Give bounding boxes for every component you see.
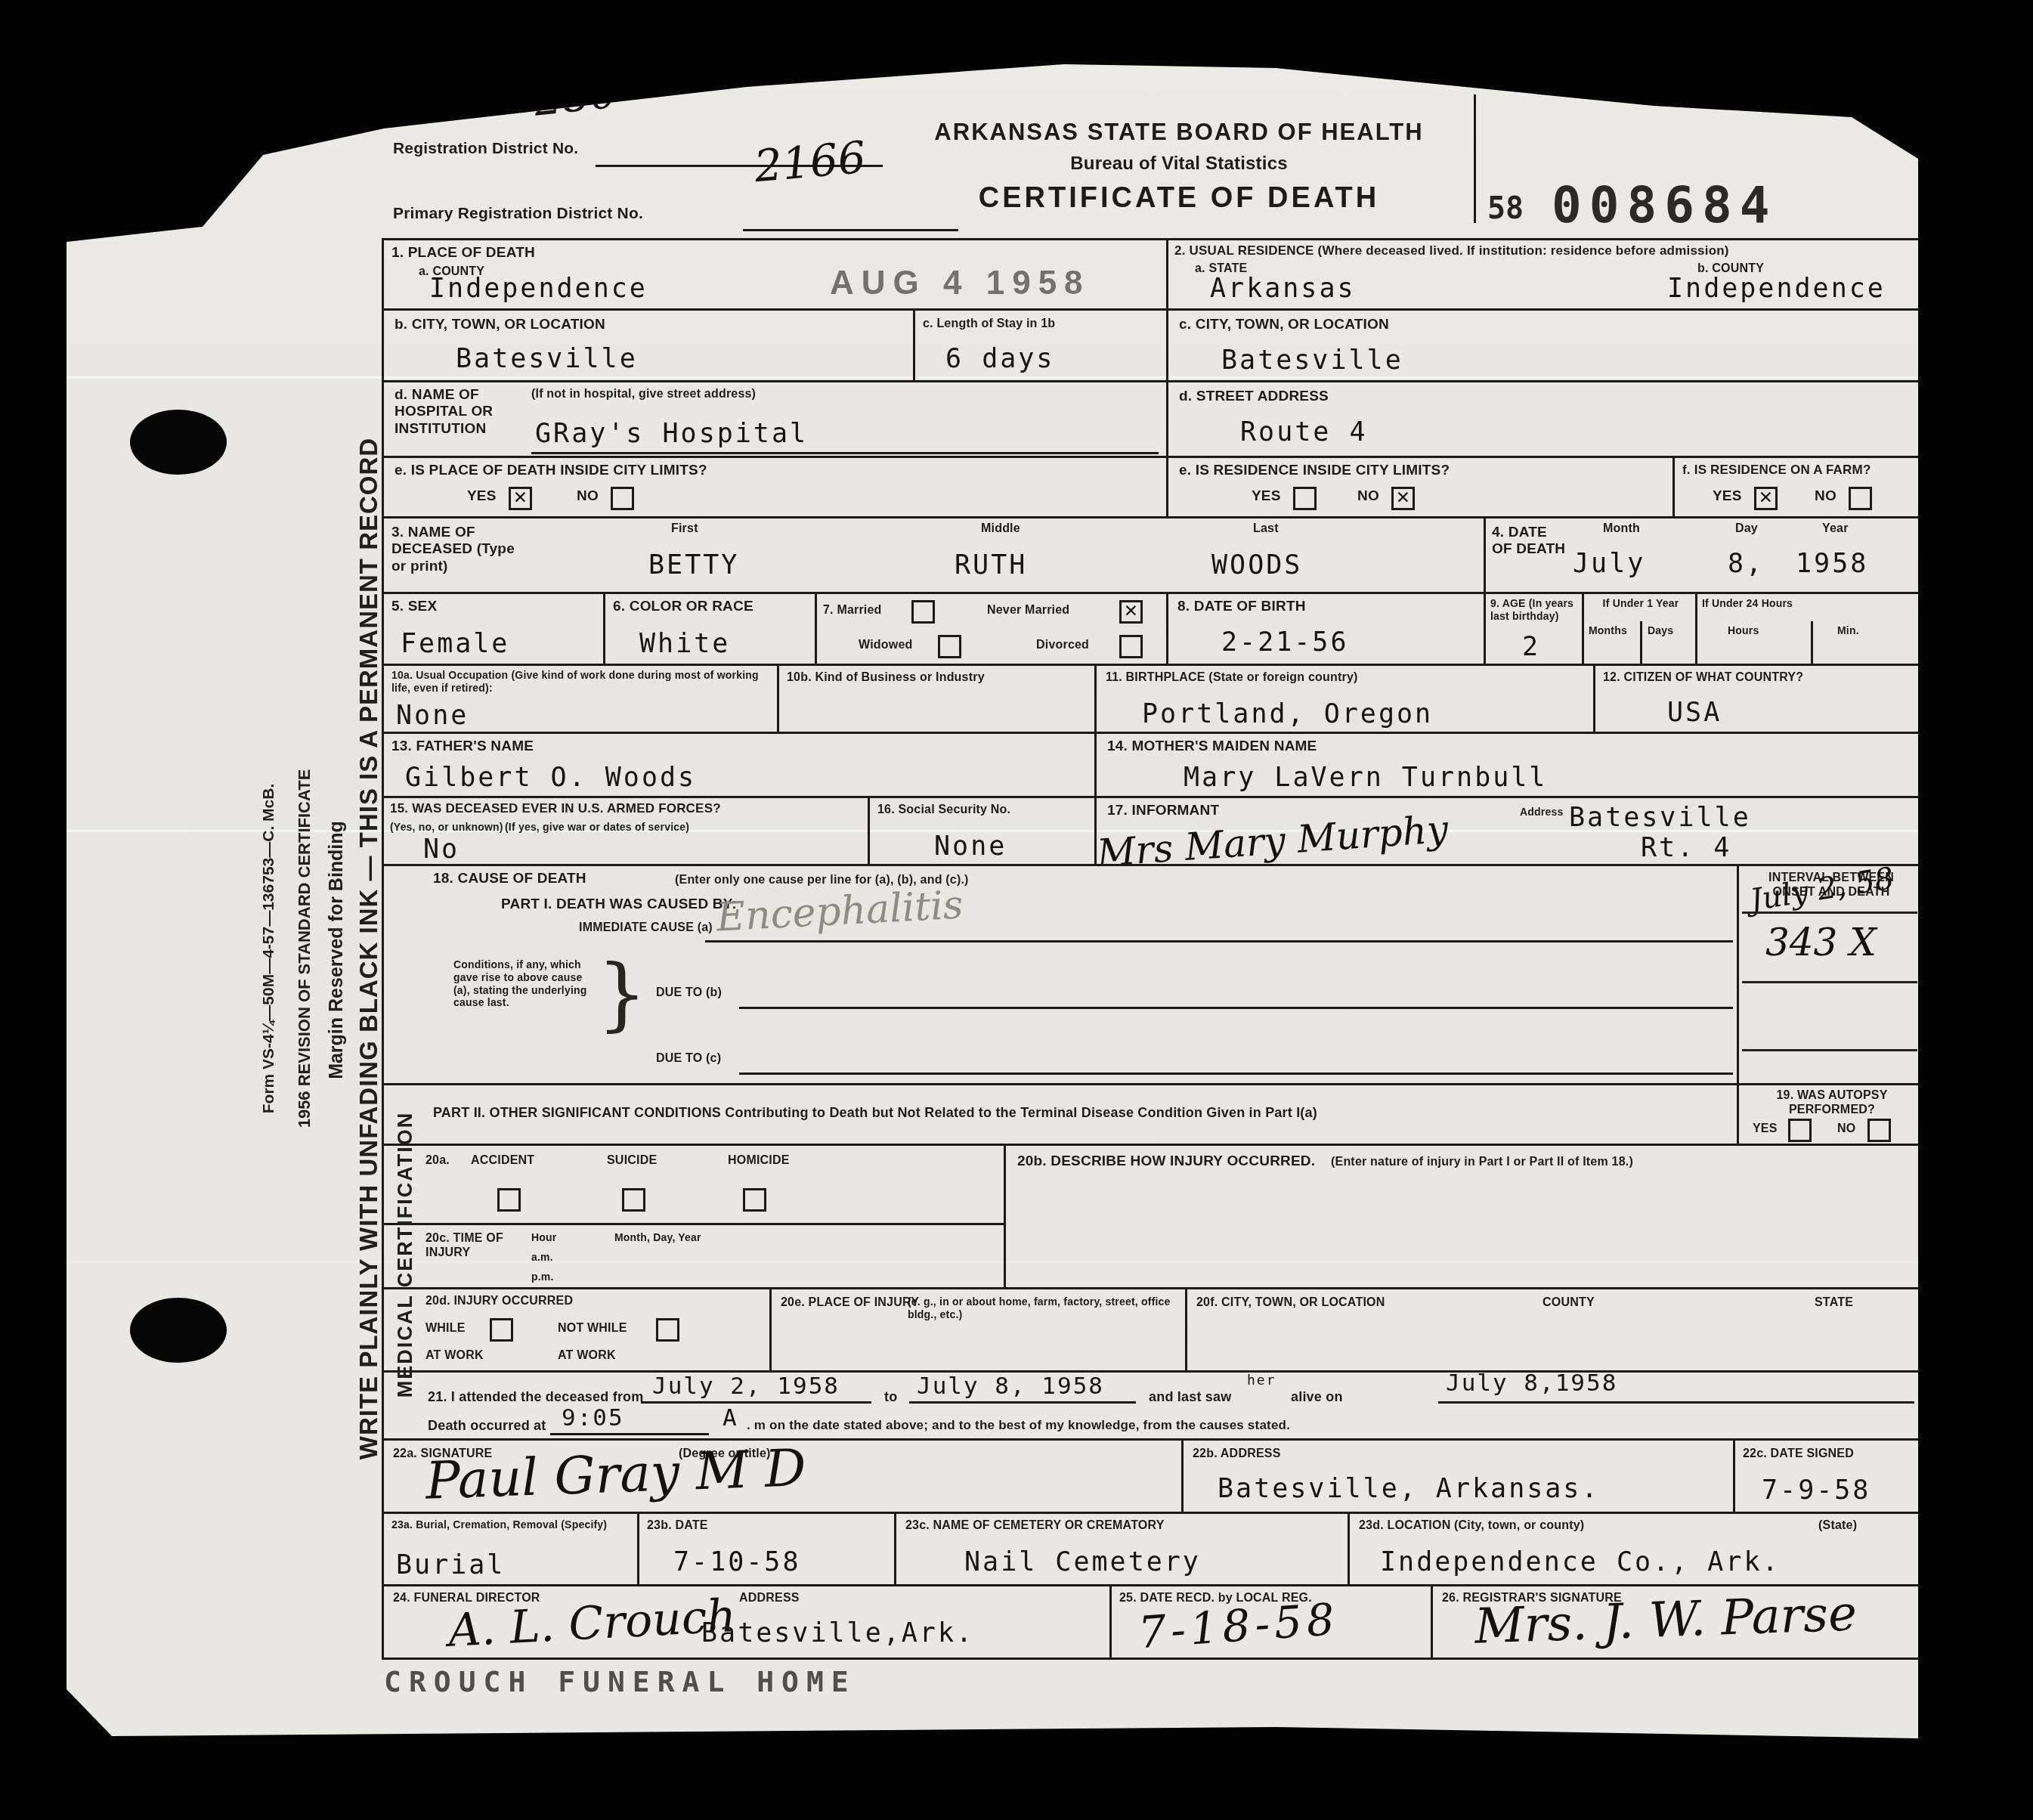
immediate-cause-line [705,940,1733,942]
deceased-first-value: BETTY [648,550,739,580]
funeral-director-address: Batesville,Ark. [701,1618,974,1648]
physician-address-label: 22b. ADDRESS [1193,1447,1281,1461]
certificate-number: 008684 [1552,176,1777,234]
margin-revision-note: 1956 REVISION OF STANDARD CERTIFICATE [295,769,314,1128]
certificate-paper: Form VS-4¼—50M—4-57—136753—C. McB. 1956 … [67,64,1918,1738]
due-to-c-line [739,1072,1733,1075]
field-cemetery-name: 23c. NAME OF CEMETERY OR CREMATORY Nail … [894,1512,1348,1584]
cause-of-death-title: 18. CAUSE OF DEATH [433,871,586,887]
cemetery-location-value: Independence Co., Ark. [1380,1547,1781,1577]
field-place-of-injury: 20e. PLACE OF INJURY (e. g., in or about… [769,1287,1185,1370]
residence-limits-label: e. IS RESIDENCE INSIDE CITY LIMITS? [1179,463,1450,479]
punch-hole-top [130,410,227,475]
residence-city-label: c. CITY, TOWN, OR LOCATION [1179,317,1389,333]
days-label: Days [1648,624,1673,637]
registration-district-value: 280 [531,66,620,125]
father-name-value: Gilbert O. Woods [405,763,696,793]
date-signed-label: 22c. DATE SIGNED [1743,1447,1854,1461]
hospital-value: GRay's Hospital [535,419,808,449]
hour-label: Hour [531,1231,556,1244]
residence-limits-yes-label: YES [1252,488,1281,505]
residence-farm-no-checkbox [1849,487,1872,510]
divorced-checkbox [1119,635,1143,658]
occupation-label: 10a. Usual Occupation (Give kind of work… [391,669,769,695]
field-birthplace: 11. BIRTHPLACE (State or foreign country… [1094,664,1593,732]
death-day-label: Day [1735,522,1758,536]
field-usual-residence: 2. USUAL RESIDENCE (Where deceased lived… [1166,240,1920,308]
field-burial-type: 23a. Burial, Cremation, Removal (Specify… [384,1512,637,1584]
field-age: 9. AGE (In years last birthday) 2 [1484,592,1582,664]
field-mother-maiden-name: 14. MOTHER'S MAIDEN NAME Mary LaVern Tur… [1094,732,1920,796]
conditions-note: Conditions, if any, which gave rise to a… [453,958,593,1009]
immediate-cause-label: IMMEDIATE CAUSE (a) [579,921,713,935]
deceased-middle-value: RUTH [955,550,1027,580]
not-while-label: NOT WHILE [558,1321,627,1336]
never-married-checkbox: ✕ [1119,600,1143,624]
field-social-security: 16. Social Security No. None [868,796,1094,864]
cemetery-state-note: (State) [1818,1518,1857,1533]
death-time-line [550,1433,709,1435]
ssn-value: None [934,831,1007,862]
am-label: a.m. [531,1251,553,1264]
residence-limits-no-label: NO [1357,488,1379,505]
birthplace-value: Portland, Oregon [1142,699,1433,729]
death-limits-yes-label: YES [467,488,497,505]
field-date-signed: 22c. DATE SIGNED 7-9-58 [1733,1438,1920,1512]
death-year-label: Year [1822,522,1849,536]
autopsy-yes-label: YES [1753,1122,1778,1136]
part2-label: PART II. OTHER SIGNIFICANT CONDITIONS Co… [433,1105,1725,1121]
residence-title: 2. USUAL RESIDENCE (Where deceased lived… [1174,243,1919,258]
race-label: 6. COLOR OR RACE [613,599,753,615]
birth-date-value: 2-21-56 [1221,627,1349,658]
hospital-note: (If not in hospital, give street address… [531,387,756,401]
registration-district-label: Registration District No. [393,140,578,159]
at-work-label2: AT WORK [558,1348,616,1363]
burial-date-label: 23b. DATE [647,1518,708,1533]
punch-hole-bottom [130,1298,227,1363]
physician-address-value: Batesville, Arkansas. [1218,1474,1600,1504]
informant-address-line1: Batesville [1569,803,1751,833]
deceased-last-value: WOODS [1211,550,1302,580]
place-city-label: b. CITY, TOWN, OR LOCATION [395,317,605,333]
divorced-label: Divorced [1036,638,1089,652]
armed-forces-note2: (If yes, give war or dates of service) [505,821,689,834]
deceased-middle-label: Middle [981,522,1020,536]
field-age-under-1-year: If Under 1 Year Months Days [1582,592,1695,664]
field-part2-conditions: PART II. OTHER SIGNIFICANT CONDITIONS Co… [384,1083,1737,1144]
certificate-year: 58 [1487,191,1524,226]
sex-label: 5. SEX [391,599,437,615]
widowed-checkbox [938,635,961,658]
armed-forces-label: 15. WAS DECEASED EVER IN U.S. ARMED FORC… [390,801,721,816]
primary-district-line [743,229,958,231]
margin-binding-note: Margin Reserved for Binding [326,821,348,1079]
injury-city-label: 20f. CITY, TOWN, OR LOCATION [1196,1295,1385,1310]
while-at-work-checkbox [490,1318,513,1342]
not-while-at-work-checkbox [656,1318,679,1342]
interval-line1 [1742,912,1917,914]
armed-forces-note1: (Yes, no, or unknown) [390,821,503,834]
mother-maiden-label: 14. MOTHER'S MAIDEN NAME [1107,738,1317,755]
street-address-value: Route 4 [1240,417,1368,447]
residence-farm-yes-label: YES [1713,488,1742,505]
due-to-b-line [739,1007,1733,1009]
deceased-first-label: First [671,522,698,536]
field-informant: 17. INFORMANT Mrs Mary Murphy Address Ba… [1094,796,1920,864]
business-industry-label: 10b. Kind of Business or Industry [787,670,1089,685]
residence-farm-no-label: NO [1815,488,1837,505]
interval-line2 [1742,981,1917,983]
birth-date-label: 8. DATE OF BIRTH [1177,599,1306,615]
margin-permanent-record-note: WRITE PLAINLY WITH UNFADING BLACK INK — … [354,438,383,1459]
death-year-value: 1958 [1796,549,1868,579]
her-annotation: her [1247,1373,1276,1388]
field-physician-address: 22b. ADDRESS Batesville, Arkansas. [1181,1438,1733,1512]
physician-signature-value: Paul Gray M D [425,1438,807,1512]
field-place-city: b. CITY, TOWN, OR LOCATION Batesville [384,308,913,380]
injury-occurred-label: 20d. INJURY OCCURRED [425,1294,573,1308]
funeral-address-label: ADDRESS [739,1591,800,1605]
immediate-cause-value: Encephalitis [716,882,964,940]
min-label: Min. [1837,624,1859,637]
hours-min-divider [1811,621,1813,666]
received-date-stamp: AUG 4 1958 [830,265,1091,302]
mother-maiden-value: Mary LaVern Turnbull [1184,763,1547,793]
occupation-value: None [396,701,469,731]
field-sex: 5. SEX Female [384,592,603,664]
autopsy-no-checkbox [1867,1119,1891,1142]
homicide-checkbox [743,1188,766,1212]
under-1-year-label: If Under 1 Year [1587,597,1694,610]
alive-on-label: alive on [1291,1389,1343,1405]
residence-farm-yes-checkbox: ✕ [1754,487,1778,510]
burial-date-value: 7-10-58 [673,1547,801,1577]
citizen-label: 12. CITIZEN OF WHAT COUNTRY? [1603,670,1803,685]
residence-farm-label: f. IS RESIDENCE ON A FARM? [1682,463,1871,478]
board-of-health-title: ARKANSAS STATE BOARD OF HEALTH [914,119,1444,147]
field-registrar-signature: 26. REGISTRAR'S SIGNATURE Mrs. J. W. Par… [1431,1584,1920,1657]
field-residence-city-limits: e. IS RESIDENCE INSIDE CITY LIMITS? YES … [1166,456,1673,516]
field-interval-onset-death: INTERVAL BETWEEN ONSET AND DEATH July 2,… [1737,864,1920,1083]
hospital-label: d. NAME OF HOSPITAL OR INSTITUTION [395,387,519,438]
father-name-label: 13. FATHER'S NAME [391,738,534,755]
race-value: White [639,629,730,659]
death-month-value: July [1573,549,1645,579]
suicide-checkbox [622,1188,645,1212]
certificate-form: 1. PLACE OF DEATH a. COUNTY Independence… [382,238,1920,1660]
margin-form-code: Form VS-4¼—50M—4-57—136753—C. McB. [260,784,278,1114]
place-of-death-title: 1. PLACE OF DEATH [391,245,535,262]
armed-forces-value: No [423,834,460,865]
deceased-name-title: 3. NAME OF DECEASED (Type or print) [391,525,524,575]
field-injury-city: 20f. CITY, TOWN, OR LOCATION COUNTY STAT… [1185,1287,1920,1370]
header-divider [1474,94,1476,223]
month-day-year-label: Month, Day, Year [614,1231,701,1244]
field-date-of-birth: 8. DATE OF BIRTH 2-21-56 [1166,592,1484,664]
field-death-city-limits: e. IS PLACE OF DEATH INSIDE CITY LIMITS?… [384,456,1166,516]
death-limits-yes-checkbox: ✕ [509,487,532,510]
attended-from-value: July 2, 1958 [652,1373,840,1400]
field-armed-forces: 15. WAS DECEASED EVER IN U.S. ARMED FORC… [384,796,868,864]
never-married-label: Never Married [987,603,1069,617]
interval-value: July 2, 58 [1748,861,1897,918]
death-day-value: 8, [1728,549,1764,579]
under-24-hours-label: If Under 24 Hours [1702,597,1918,610]
field-physician-signature: 22a. SIGNATURE (Degree or title) Paul Gr… [384,1438,1181,1512]
autopsy-yes-checkbox [1788,1119,1812,1142]
residence-county-value: Independence [1667,274,1886,304]
field-funeral-director: 24. FUNERAL DIRECTOR ADDRESS A. L. Crouc… [384,1584,1109,1657]
residence-limits-no-checkbox: ✕ [1391,487,1415,510]
informant-address-label: Address [1520,806,1563,819]
street-address-label: d. STREET ADDRESS [1179,388,1329,405]
birthplace-label: 11. BIRTHPLACE (State or foreign country… [1106,670,1358,685]
interval-code-value: 343 X [1765,921,1877,964]
field-occupation: 10a. Usual Occupation (Give kind of work… [384,664,777,732]
field-business-industry: 10b. Kind of Business or Industry [777,664,1094,732]
residence-city-value: Batesville [1221,345,1403,376]
field-cemetery-location: 23d. LOCATION (City, town, or county) (S… [1348,1512,1920,1584]
certificate-title: CERTIFICATE OF DEATH [914,181,1444,215]
scan-background: Form VS-4¼—50M—4-57—136753—C. McB. 1956 … [0,0,2033,1820]
field-citizen: 12. CITIZEN OF WHAT COUNTRY? USA [1593,664,1920,732]
at-work-label: AT WORK [425,1348,484,1363]
field-residence-farm: f. IS RESIDENCE ON A FARM? YES ✕ NO [1673,456,1920,516]
injury-county-label: COUNTY [1543,1295,1595,1310]
attended-from-line [641,1401,871,1404]
describe-injury-label: 20b. DESCRIBE HOW INJURY OCCURRED. [1017,1153,1315,1170]
item-20a-label: 20a. [425,1153,450,1168]
informant-address-line2: Rt. 4 [1641,833,1731,863]
date-signed-value: 7-9-58 [1762,1475,1871,1506]
death-limits-no-label: NO [577,488,599,505]
death-city-limits-label: e. IS PLACE OF DEATH INSIDE CITY LIMITS? [395,463,707,479]
interval-line3 [1742,1049,1917,1051]
field-accident-suicide-homicide: 20a. ACCIDENT SUICIDE HOMICIDE [384,1144,1004,1223]
field-place-of-death: 1. PLACE OF DEATH a. COUNTY Independence… [384,240,1166,308]
homicide-label: HOMICIDE [728,1153,790,1168]
hospital-line [531,452,1159,454]
time-of-injury-label: 20c. TIME OF INJURY [425,1231,516,1260]
field-hospital: d. NAME OF HOSPITAL OR INSTITUTION (If n… [384,380,1166,456]
months-label: Months [1589,624,1627,637]
autopsy-label: 19. WAS AUTOPSY PERFORMED? [1753,1088,1911,1117]
accident-label: ACCIDENT [471,1153,534,1168]
suicide-label: SUICIDE [607,1153,657,1168]
primary-district-value: 2166 [752,132,868,193]
place-of-injury-note: (e. g., in or about home, farm, factory,… [908,1295,1176,1321]
injury-state-label: STATE [1815,1295,1853,1310]
ssn-label: 16. Social Security No. [877,803,1010,817]
place-of-injury-label: 20e. PLACE OF INJURY [781,1295,919,1310]
due-to-b-label: DUE TO (b) [656,986,722,1000]
field-marital-status: 7. Married Never Married ✕ Widowed Divor… [815,592,1166,664]
field-autopsy: 19. WAS AUTOPSY PERFORMED? YES NO [1737,1083,1920,1144]
place-county-value: Independence [429,274,648,304]
date-of-death-title: 4. DATE OF DEATH [1492,525,1571,559]
death-limits-no-checkbox [611,487,634,510]
field-injury-occurred: 20d. INJURY OCCURRED WHILE NOT WHILE AT … [384,1287,769,1370]
primary-district-label: Primary Registration District No. [393,205,643,224]
widowed-label: Widowed [859,638,912,652]
place-city-value: Batesville [456,344,638,374]
field-time-of-injury: 20c. TIME OF INJURY Hour a.m. p.m. Month… [384,1223,1004,1287]
married-label: 7. Married [823,603,882,617]
cemetery-name-value: Nail Cemetery [964,1547,1201,1577]
citizen-value: USA [1667,698,1722,728]
death-occurred-label: Death occurred at [428,1418,546,1434]
months-days-divider [1640,621,1642,666]
field-length-of-stay: c. Length of Stay in 1b 6 days [913,308,1166,380]
field-burial-date: 23b. DATE 7-10-58 [637,1512,894,1584]
attended-prefix: 21. I attended the deceased from [428,1389,644,1405]
death-time-value: 9:05 [562,1404,624,1432]
field-cause-of-death: 18. CAUSE OF DEATH (Enter only one cause… [384,864,1737,1083]
last-saw-label: and last saw [1149,1389,1231,1405]
married-checkbox [911,600,935,624]
age-label: 9. AGE (In years last birthday) [1490,597,1580,623]
burial-type-value: Burial [396,1550,505,1580]
due-to-c-label: DUE TO (c) [656,1051,721,1066]
death-am-value: A [723,1404,738,1432]
last-alive-value: July 8,1958 [1446,1370,1617,1397]
describe-injury-note: (Enter nature of injury in Part I or Par… [1331,1155,1633,1169]
hours-label: Hours [1728,624,1759,637]
part1-label: PART I. DEATH WAS CAUSED BY: [501,896,737,913]
margin-medical-certification-label: MEDICAL CERTIFICATION [394,1112,417,1398]
conditions-brace: } [597,948,647,1040]
field-date-of-death: 4. DATE OF DEATH Month Day Year July 8, … [1484,516,1920,592]
length-of-stay-label: c. Length of Stay in 1b [923,317,1055,331]
field-name-of-deceased: 3. NAME OF DECEASED (Type or print) Firs… [384,516,1484,592]
field-age-under-24-hours: If Under 24 Hours Hours Min. [1695,592,1920,664]
attended-to-value: July 8, 1958 [917,1373,1104,1400]
attended-to-word: to [884,1389,897,1405]
cemetery-location-label: 23d. LOCATION (City, town, or county) [1359,1518,1584,1533]
field-date-received: 25. DATE RECD. by LOCAL REG. 7-18-58 [1109,1584,1431,1657]
field-describe-injury: 20b. DESCRIBE HOW INJURY OCCURRED. (Ente… [1004,1144,1920,1287]
length-of-stay-value: 6 days [945,344,1054,374]
autopsy-no-label: NO [1837,1122,1855,1136]
field-residence-city: c. CITY, TOWN, OR LOCATION Batesville [1166,308,1920,380]
accident-checkbox [497,1188,521,1212]
pm-label: p.m. [531,1271,554,1283]
while-label: WHILE [425,1321,466,1336]
death-month-label: Month [1603,522,1640,536]
field-street-address: d. STREET ADDRESS Route 4 [1166,380,1920,456]
field-attended-statement: 21. I attended the deceased from July 2,… [384,1370,1920,1438]
residence-state-value: Arkansas [1210,274,1356,304]
attended-to-line [909,1401,1136,1404]
age-value: 2 [1522,632,1540,662]
sex-value: Female [401,629,509,659]
cemetery-name-label: 23c. NAME OF CEMETERY OR CREMATORY [905,1518,1165,1533]
field-father-name: 13. FATHER'S NAME Gilbert O. Woods [384,732,1094,796]
deceased-last-label: Last [1253,522,1279,536]
attended-statement-rest: . m on the date stated above; and to the… [747,1418,1290,1433]
informant-label: 17. INFORMANT [1107,803,1219,819]
last-alive-line [1438,1401,1914,1404]
bureau-subtitle: Bureau of Vital Statistics [914,153,1444,175]
residence-limits-yes-checkbox [1293,487,1317,510]
burial-type-label: 23a. Burial, Cremation, Removal (Specify… [391,1518,618,1531]
field-race: 6. COLOR OR RACE White [603,592,815,664]
funeral-home-stamp: CROUCH FUNERAL HOME [384,1665,856,1698]
